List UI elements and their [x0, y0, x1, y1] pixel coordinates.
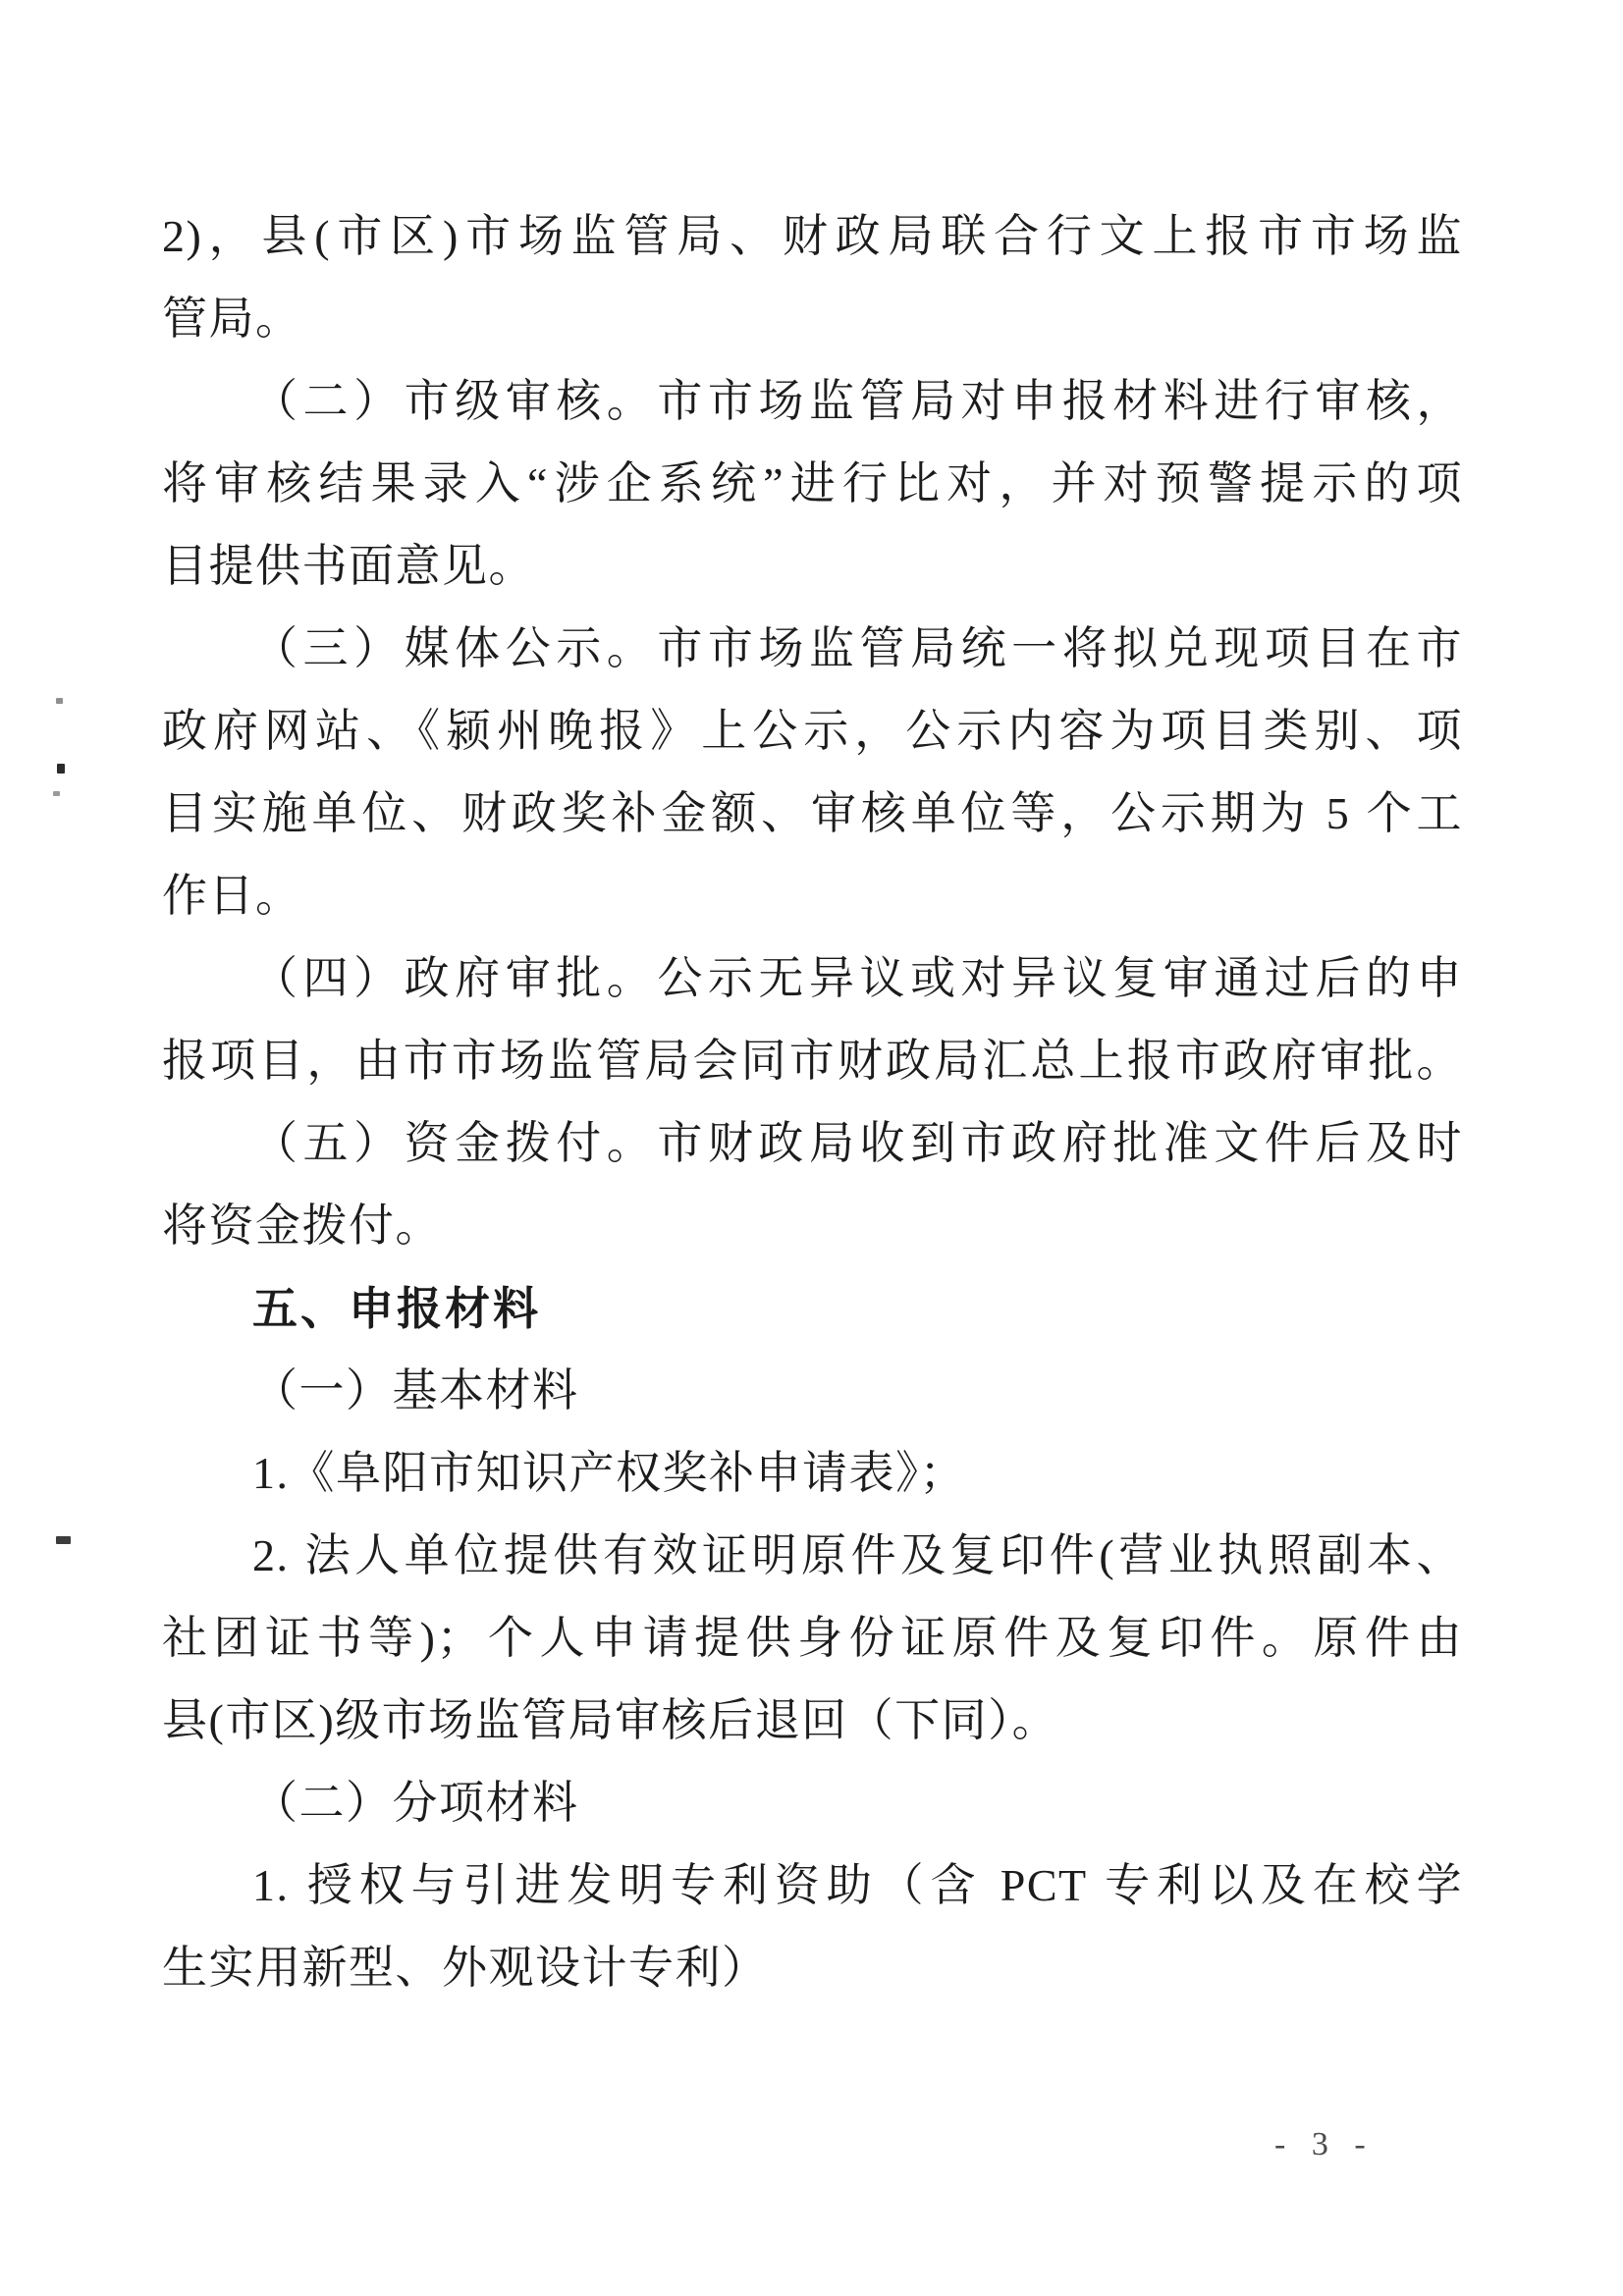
- text-line: 作日。: [162, 855, 1463, 937]
- text-line: 目提供书面意见。: [162, 525, 1463, 608]
- section-heading: 五、申报材料: [162, 1267, 1463, 1350]
- text-line: （五）资金拨付。市财政局收到市政府批准文件后及时: [162, 1102, 1463, 1185]
- text-line: 2. 法人单位提供有效证明原件及复印件(营业执照副本、: [162, 1515, 1463, 1597]
- text-line: （四）政府审批。公示无异议或对异议复审通过后的申: [162, 937, 1463, 1020]
- scan-mark: [57, 764, 65, 774]
- text-line: （一）基本材料: [162, 1350, 1463, 1432]
- text-line: 目实施单位、财政奖补金额、审核单位等，公示期为 5 个工: [162, 773, 1463, 855]
- text-line: （二）分项材料: [162, 1762, 1463, 1844]
- text-line: 将审核结果录入“涉企系统”进行比对，并对预警提示的项: [162, 443, 1463, 525]
- text-line: 将资金拨付。: [162, 1185, 1463, 1267]
- text-line: 2)，县(市区)市场监管局、财政局联合行文上报市市场监: [162, 195, 1463, 278]
- scan-mark: [53, 791, 60, 796]
- text-line: 政府网站、《颍州晚报》上公示，公示内容为项目类别、项: [162, 690, 1463, 773]
- text-line: 管局。: [162, 278, 1463, 360]
- page-number: - 3 -: [1274, 2123, 1375, 2166]
- text-line: 县(市区)级市场监管局审核后退回（下同）。: [162, 1680, 1463, 1762]
- document-page: 2)，县(市区)市场监管局、财政局联合行文上报市市场监 管局。 （二）市级审核。…: [0, 0, 1623, 2296]
- scan-mark: [56, 698, 63, 704]
- text-line: （三）媒体公示。市市场监管局统一将拟兑现项目在市: [162, 608, 1463, 690]
- text-line: 生实用新型、外观设计专利）: [162, 1927, 1463, 2009]
- text-line: 1. 授权与引进发明专利资助（含 PCT 专利以及在校学: [162, 1844, 1463, 1927]
- document-body: 2)，县(市区)市场监管局、财政局联合行文上报市市场监 管局。 （二）市级审核。…: [162, 195, 1463, 2009]
- scan-mark: [56, 1536, 71, 1544]
- text-line: 社团证书等)；个人申请提供身份证原件及复印件。原件由: [162, 1597, 1463, 1680]
- text-line: 1.《阜阳市知识产权奖补申请表》；: [162, 1432, 1463, 1515]
- text-line: 报项目，由市市场监管局会同市财政局汇总上报市政府审批。: [162, 1020, 1463, 1102]
- text-line: （二）市级审核。市市场监管局对申报材料进行审核，: [162, 360, 1463, 443]
